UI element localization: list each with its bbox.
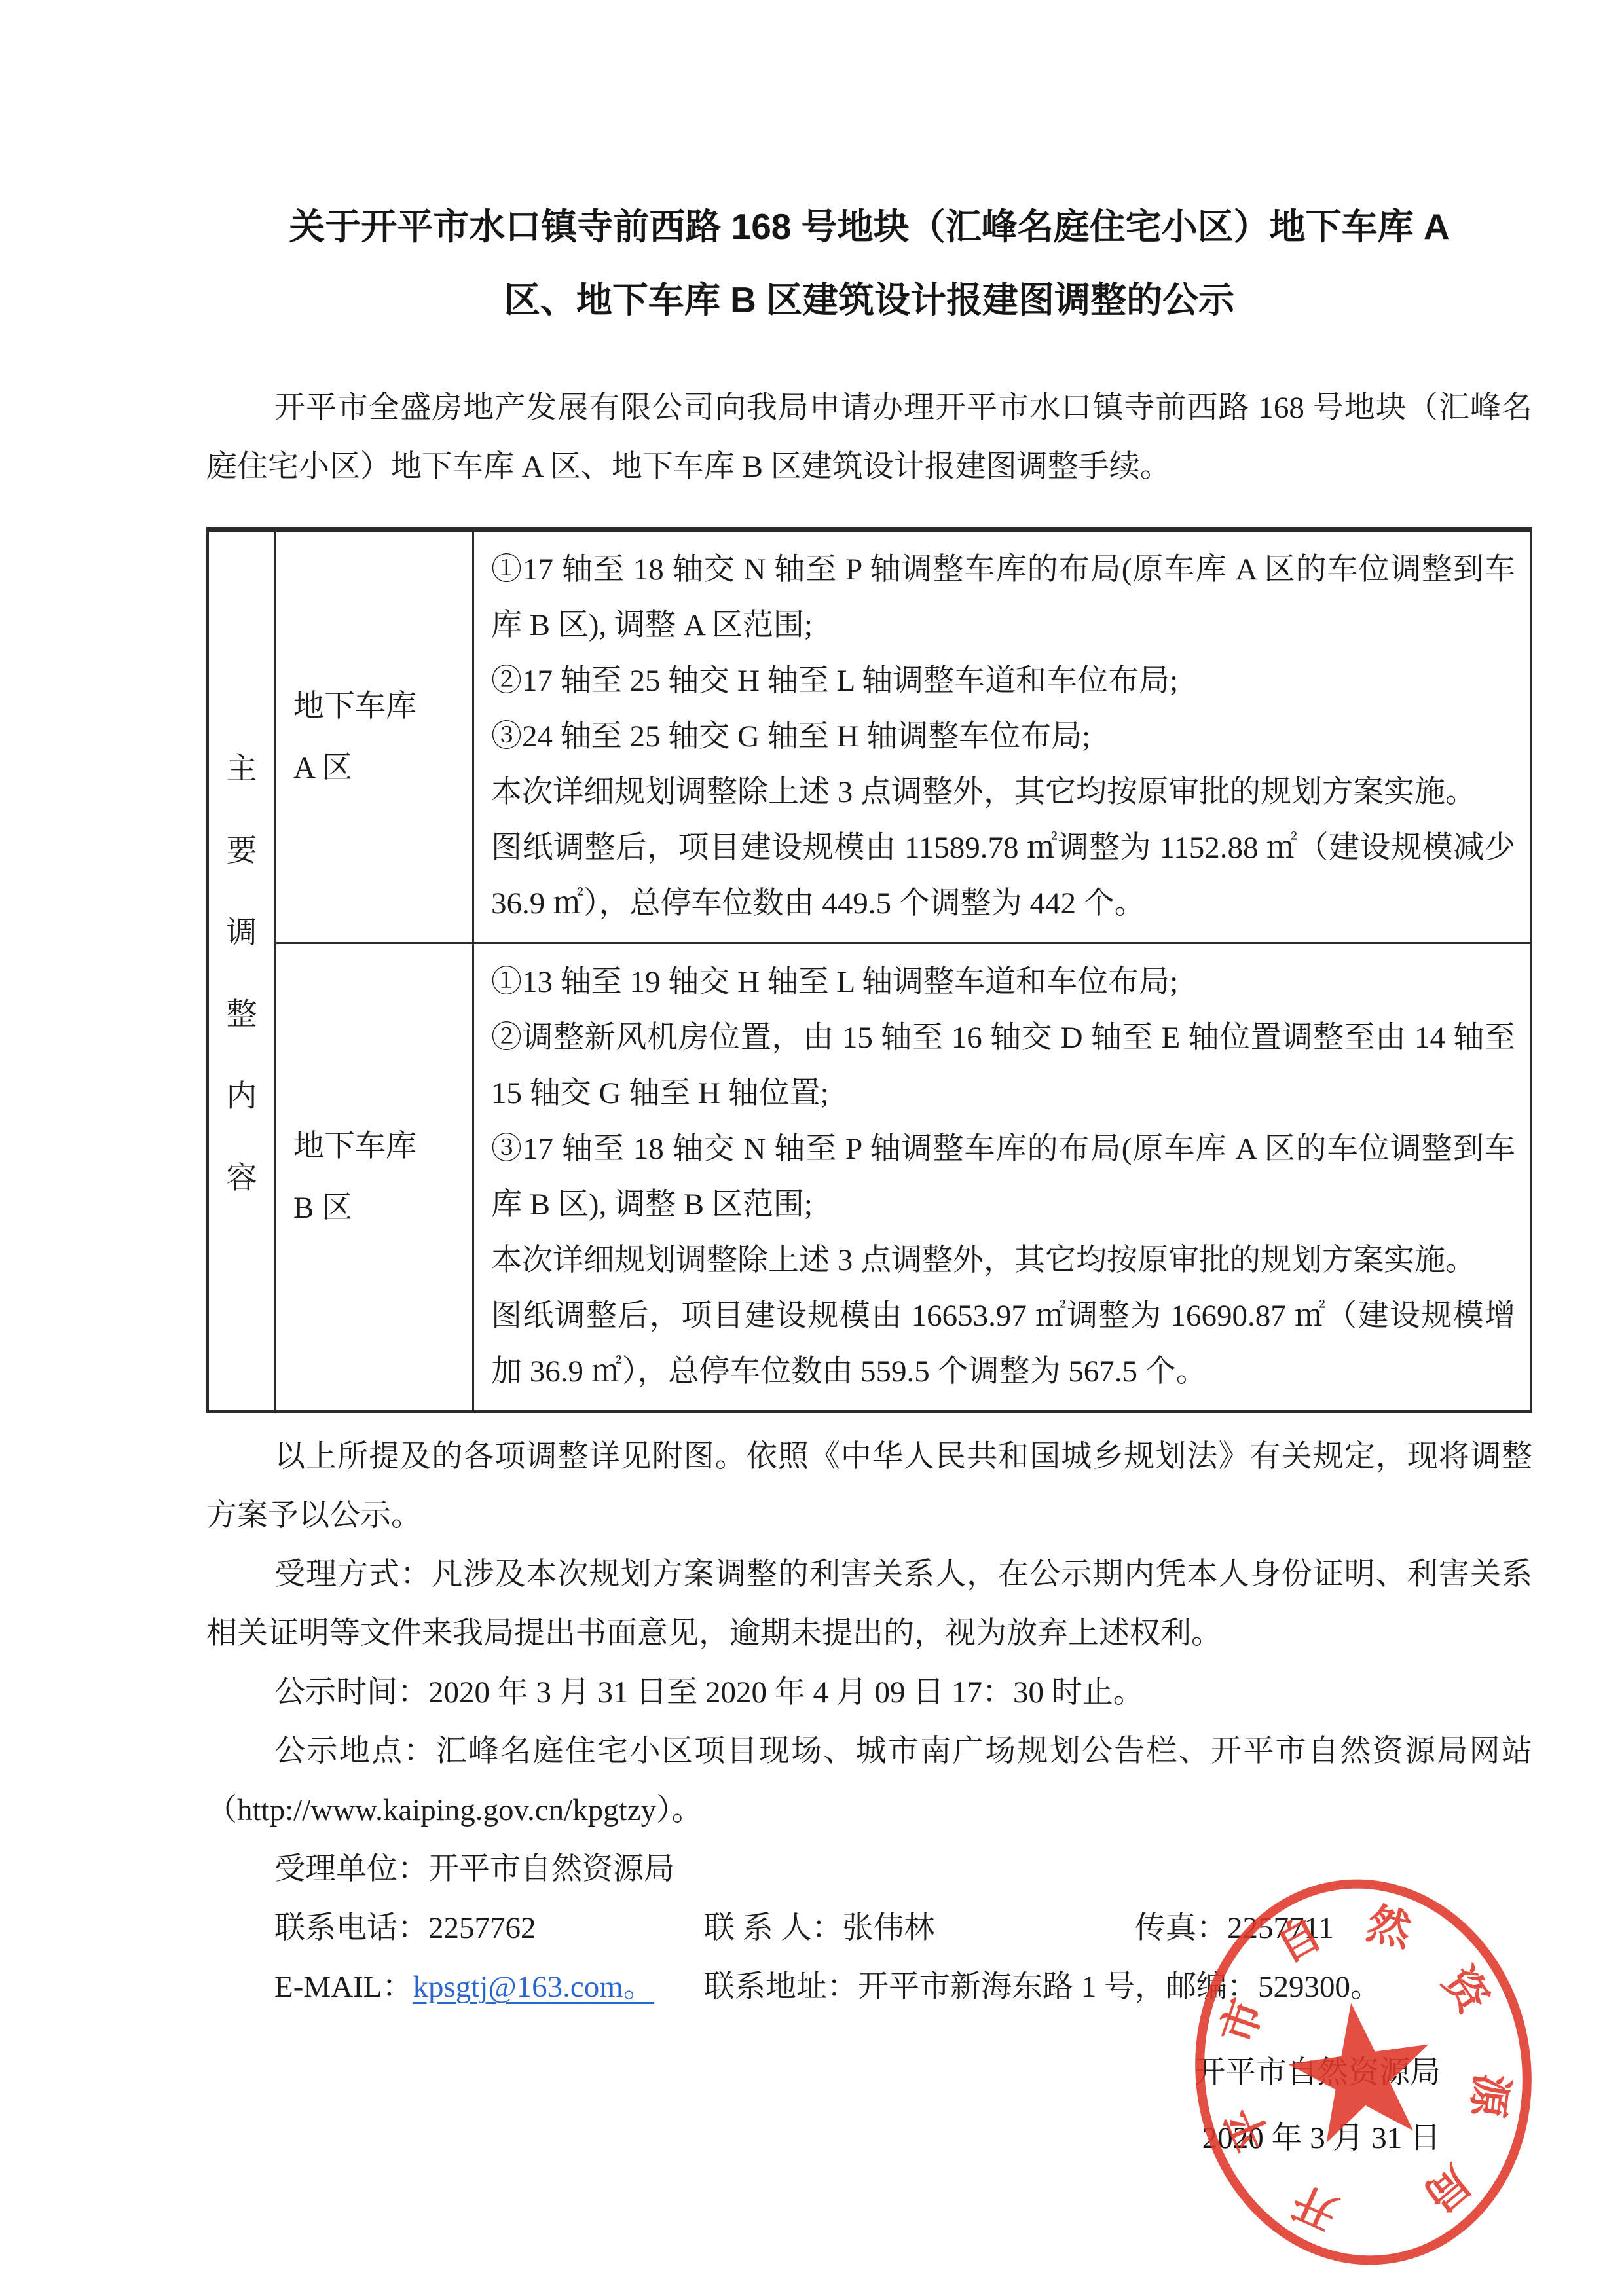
page-title: 关于开平市水口镇寺前西路 168 号地块（汇峰名庭住宅小区）地下车库 A 区、地… [206, 190, 1532, 337]
seal-ring-char: 开 [1285, 2176, 1344, 2238]
document-content: 关于开平市水口镇寺前西路 168 号地块（汇峰名庭住宅小区）地下车库 A 区、地… [206, 0, 1532, 2171]
title-line-2: 区、地下车库 B 区建筑设计报建图调整的公示 [206, 263, 1532, 337]
zone-label-line1: 地下车库 [293, 676, 471, 737]
notice-document-page: 关于开平市水口镇寺前西路 168 号地块（汇峰名庭住宅小区）地下车库 A 区、地… [0, 0, 1624, 2296]
signature-date: 2020 年 3 月 31 日 [206, 2105, 1441, 2171]
adjustment-item: ②17 轴至 25 轴交 H 轴至 L 轴调整车道和车位布局; [491, 653, 1515, 709]
vertical-header-char: 整 [227, 990, 257, 1034]
paragraph-notice-period: 公示时间：2020 年 3 月 31 日至 2020 年 4 月 09 日 17… [206, 1663, 1532, 1722]
adjustment-item: ②调整新风机房位置，由 15 轴至 16 轴交 D 轴至 E 轴位置调整至由 1… [491, 1010, 1515, 1121]
zone-label-line1: 地下车库 [293, 1116, 471, 1177]
zone-label-line2: B 区 [293, 1177, 471, 1239]
vertical-header-cell: 主 要 调 整 内 容 [208, 530, 276, 1412]
adjustments-table: 主 要 调 整 内 容 地下车库 A 区 ①17 轴至 18 轴交 N 轴至 P… [206, 527, 1532, 1413]
adjustment-item: 本次详细规划调整除上述 3 点调整外，其它均按原审批的规划方案实施。 [491, 1233, 1515, 1288]
contact-fax: 传真：2257711 [1135, 1911, 1334, 1945]
content-cell-garage-b: ①13 轴至 19 轴交 H 轴至 L 轴调整车道和车位布局; ②调整新风机房位… [473, 943, 1532, 1412]
intro-paragraph: 开平市全盛房地产发展有限公司向我局申请办理开平市水口镇寺前西路 168 号地块（… [206, 378, 1532, 496]
contact-phone: 联系电话：2257762 [274, 1899, 704, 1958]
signature-org: 开平市自然资源局 [206, 2040, 1441, 2105]
vertical-header-char: 容 [227, 1154, 257, 1197]
body-paragraphs: 以上所提及的各项调整详见附图。依照《中华人民共和国城乡规划法》有关规定，现将调整… [206, 1427, 1532, 2016]
zone-cell-garage-a: 地下车库 A 区 [276, 530, 473, 943]
contact-person: 联 系 人：张伟林 [704, 1899, 1135, 1958]
adjustment-item: ③24 轴至 25 轴交 G 轴至 H 轴调整车位布局; [491, 709, 1515, 765]
contact-row-email: E-MAIL：kpsgtj@163.com。联系地址：开平市新海东路 1 号，邮… [206, 1958, 1532, 2016]
paragraph-acceptance-method: 受理方式：凡涉及本次规划方案调整的利害关系人，在公示期内凭本人身份证明、利害关系… [206, 1545, 1532, 1663]
content-cell-garage-a: ①17 轴至 18 轴交 N 轴至 P 轴调整车库的布局(原车库 A 区的车位调… [473, 530, 1532, 943]
paragraph-notice-locations: 公示地点：汇峰名庭住宅小区项目现场、城市南广场规划公告栏、开平市自然资源局网站（… [206, 1722, 1532, 1840]
contact-row-phone: 联系电话：2257762联 系 人：张伟林传真：2257711 [206, 1899, 1532, 1958]
vertical-header-char: 调 [227, 908, 257, 952]
table-row-garage-a: 主 要 调 整 内 容 地下车库 A 区 ①17 轴至 18 轴交 N 轴至 P… [208, 530, 1531, 943]
vertical-header-char: 主 [227, 744, 257, 788]
email-label: E-MAIL： [274, 1970, 413, 2004]
zone-cell-garage-b: 地下车库 B 区 [276, 943, 473, 1412]
vertical-header-char: 内 [227, 1072, 257, 1116]
email-link[interactable]: kpsgtj@163.com。 [413, 1970, 654, 2004]
table-row-garage-b: 地下车库 B 区 ①13 轴至 19 轴交 H 轴至 L 轴调整车道和车位布局;… [208, 943, 1531, 1412]
adjustment-item: 图纸调整后，项目建设规模由 11589.78 ㎡调整为 1152.88 ㎡（建设… [491, 820, 1515, 932]
adjustment-item: ③17 轴至 18 轴交 N 轴至 P 轴调整车库的布局(原车库 A 区的车位调… [491, 1121, 1515, 1233]
signature-block: 开平市自然资源局 2020 年 3 月 31 日 [206, 2040, 1532, 2171]
adjustment-item: ①17 轴至 18 轴交 N 轴至 P 轴调整车库的布局(原车库 A 区的车位调… [491, 542, 1515, 653]
vertical-header-text: 主 要 调 整 内 容 [209, 744, 274, 1197]
adjustment-item: 图纸调整后，项目建设规模由 16653.97 ㎡调整为 16690.87 ㎡（建… [491, 1288, 1515, 1400]
contact-email-group: E-MAIL：kpsgtj@163.com。 [274, 1958, 704, 2016]
vertical-header-char: 要 [227, 826, 257, 870]
paragraph-attachments-note: 以上所提及的各项调整详见附图。依照《中华人民共和国城乡规划法》有关规定，现将调整… [206, 1427, 1532, 1545]
title-line-1: 关于开平市水口镇寺前西路 168 号地块（汇峰名庭住宅小区）地下车库 A [206, 190, 1532, 263]
adjustment-item: ①13 轴至 19 轴交 H 轴至 L 轴调整车道和车位布局; [491, 955, 1515, 1010]
contact-address: 联系地址：开平市新海东路 1 号，邮编：529300。 [704, 1970, 1381, 2004]
adjustment-item: 本次详细规划调整除上述 3 点调整外，其它均按原审批的规划方案实施。 [491, 765, 1515, 820]
paragraph-accepting-unit: 受理单位：开平市自然资源局 [206, 1840, 1532, 1899]
zone-label-line2: A 区 [293, 737, 471, 799]
